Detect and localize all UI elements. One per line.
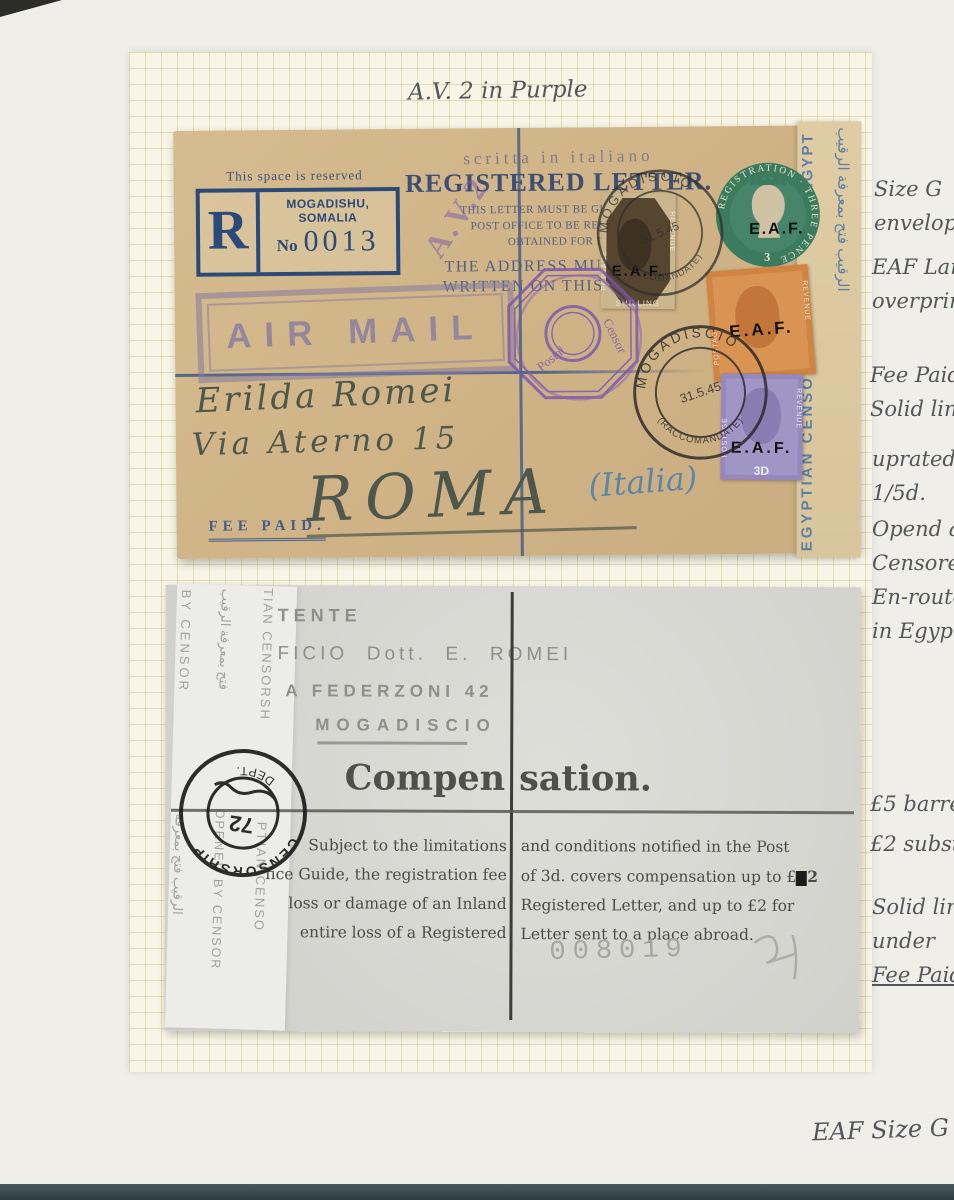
note-line: Fee Paid bbox=[872, 958, 954, 992]
registration-city: MOGADISHU, bbox=[260, 196, 396, 211]
note-line: Size G bbox=[874, 172, 954, 206]
air-mail-handstamp: AIR MAIL bbox=[195, 282, 516, 384]
sender-stamp-underline bbox=[317, 741, 467, 745]
registration-country: SOMALIA bbox=[260, 210, 396, 225]
note-line: Opend and bbox=[872, 512, 954, 546]
sender-stamp-line-2: FICIO Dott. E. ROMEI bbox=[278, 643, 573, 666]
censor-circle-number: 72 bbox=[227, 810, 255, 838]
desk-edge-bar bbox=[0, 1184, 954, 1200]
envelope-back-photocopy: BY CENSOR الرقيب فتح بمعرفة فتح بمعرفة ا… bbox=[164, 585, 861, 1033]
right-col-line-1: and conditions notified in the Post bbox=[521, 832, 821, 862]
registration-r: R bbox=[200, 192, 261, 273]
note-line: Censored bbox=[872, 546, 954, 580]
reserved-text: This space is reserved bbox=[199, 167, 389, 185]
note-line: £2 substd bbox=[870, 824, 954, 864]
note-line: Solid line bbox=[870, 392, 954, 426]
address-line-2: Via Aterno 15 bbox=[191, 420, 459, 463]
censorship-dept-mark: CENSORSHIP DEPT. 72 bbox=[164, 734, 323, 893]
fee-paid-text: FEE PAID. bbox=[209, 518, 326, 542]
registration-number: 0013 bbox=[303, 224, 379, 259]
sender-stamp-line-3: A FEDERZONI 42 bbox=[285, 681, 493, 702]
margin-note-compensation-change: £5 barred £2 substd bbox=[870, 784, 954, 864]
registration-no-label: No bbox=[277, 236, 298, 256]
serial-number: 008019 bbox=[549, 935, 689, 968]
sender-stamp-line-1: TENTE bbox=[278, 605, 362, 626]
margin-note-solid-line: Solid line under Fee Paid bbox=[872, 890, 954, 992]
note-line: envelope bbox=[874, 206, 954, 240]
green-stamp-value: 3 bbox=[764, 250, 770, 264]
postmark-lower-date: 31.5.45 bbox=[678, 378, 723, 406]
margin-note-eaf-overprint: EAF Large overprint bbox=[872, 250, 954, 318]
margin-note-fee-paid: Fee Paid Solid line bbox=[870, 358, 954, 426]
note-line: £5 barred bbox=[870, 784, 954, 824]
note-line: Fee Paid bbox=[870, 358, 954, 392]
note-line: En-route bbox=[872, 580, 954, 614]
photo-corner-shadow bbox=[0, 0, 62, 17]
sender-stamp-line-4: MOGADISCIO bbox=[315, 715, 497, 736]
back-vertical-rule bbox=[509, 592, 513, 1020]
hand-initial-squiggle bbox=[734, 923, 814, 983]
struck-value: 5 bbox=[796, 870, 807, 885]
censor-circle-bottom-text: DEPT. bbox=[231, 762, 278, 789]
left-col-line-4: entire loss of a Registered bbox=[213, 918, 507, 948]
top-annotation: A.V. 2 in Purple bbox=[408, 76, 588, 105]
registered-envelope-front: This space is reserved R MOGADISHU, SOMA… bbox=[173, 125, 859, 559]
margin-note-size-g: Size G envelope bbox=[874, 172, 954, 240]
note-line: 1/5d. bbox=[872, 476, 954, 510]
compensation-heading-right: sation. bbox=[519, 758, 652, 799]
left-col-line-3: loss or damage of an Inland bbox=[213, 889, 507, 919]
address-line-3: ROMA bbox=[305, 454, 561, 536]
bottom-right-annotation: EAF Size G bbox=[812, 1114, 950, 1147]
note-line: uprated bbox=[872, 442, 954, 476]
censor-tape-arabic: الرقيب فتح بمعرفة الرقيب bbox=[833, 127, 852, 551]
compensation-heading-left: Compen bbox=[335, 757, 505, 799]
note-line: EAF Large bbox=[872, 250, 954, 284]
margin-note-censored-enroute: Opend and Censored En-route in Egypt bbox=[872, 512, 954, 648]
album-page-photo: { "annotations": { "top": "A.V. 2 in Pur… bbox=[0, 0, 954, 1200]
margin-note-uprated: uprated 1/5d. bbox=[872, 442, 954, 510]
note-line: under bbox=[872, 924, 954, 958]
right-col-line-2: of 3d. covers compensation up to £52 bbox=[521, 861, 821, 892]
note-line: Solid line bbox=[872, 890, 954, 924]
postmark-upper-date: 31.5.45 bbox=[639, 218, 682, 246]
air-mail-text: AIR MAIL bbox=[225, 308, 486, 357]
note-line: in Egypt bbox=[872, 614, 954, 648]
substituted-value: 2 bbox=[807, 867, 818, 886]
svg-text:DEPT.: DEPT. bbox=[231, 762, 278, 789]
violet-stamp-value: 3D bbox=[720, 463, 802, 478]
right-col-line-3: Registered Letter, and up to £2 for bbox=[521, 891, 821, 921]
note-line: overprint bbox=[872, 284, 954, 318]
green-stamp-eaf-overprint: E.A.F. bbox=[749, 220, 805, 237]
